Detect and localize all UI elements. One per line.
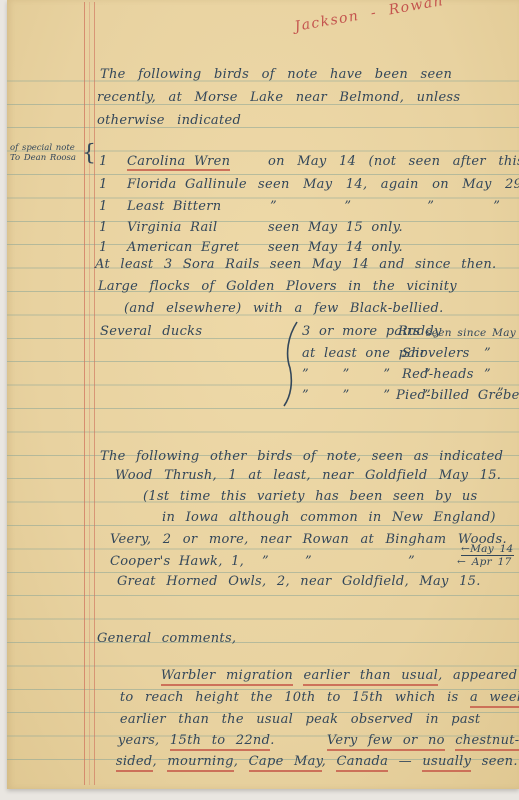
date-note-coopers: ← Apr 17 (457, 557, 512, 568)
intro-line: recently, at Morse Lake near Belmond, un… (97, 91, 460, 104)
bird-note: seen May 14, again on May 29. (258, 178, 519, 191)
duck-name: Red-heads (402, 368, 474, 381)
list-row-count: 1 (99, 155, 108, 168)
intro-line: The following birds of note have been se… (100, 68, 452, 81)
other-birds-line: (1st time this variety has been seen by … (143, 490, 477, 503)
other-birds-line: Great Horned Owls, 2, near Goldfield, Ma… (117, 575, 481, 588)
observation-line: Large flocks of Golden Plovers in the vi… (98, 280, 457, 293)
bird-name: American Egret (127, 241, 239, 254)
list-row-count: 1 (99, 178, 108, 191)
bird-note: seen May 14 only. (268, 241, 403, 254)
ditto-mark: ” (408, 555, 415, 568)
comments-line: sided, mourning, Cape May, Canada — usua… (95, 742, 518, 768)
margin-note: To Dean Roosa (10, 154, 76, 163)
list-row-count: 1 (99, 241, 108, 254)
bird-name: Least Bittern (127, 200, 221, 213)
ditto-mark: ” (484, 368, 491, 381)
other-birds-line: Veery, 2 or more, near Rowan at Bingham … (110, 533, 507, 546)
comment-text: , (153, 754, 168, 769)
margin-note: of special note (10, 144, 75, 153)
other-birds-line: The following other birds of note, seen … (100, 450, 503, 463)
observation-line: Several ducks (100, 325, 202, 338)
ditto-mark: ” (305, 555, 312, 568)
ditto-mark: ” (262, 555, 269, 568)
ditto-mark: ” (484, 347, 491, 360)
other-birds-line: Wood Thrush, 1 at least, near Goldfield … (115, 469, 501, 482)
comments-heading: General comments, (97, 632, 236, 645)
duck-name: Shovelers (402, 347, 470, 360)
margin-line (94, 2, 95, 785)
observation-line: (and elsewhere) with a few Black-bellied… (124, 302, 444, 315)
red-underlined-text: mourning (167, 754, 233, 772)
red-underlined-text: Cape May (249, 754, 322, 772)
list-row-count: 1 (99, 200, 108, 213)
ducks-brace (283, 320, 299, 408)
ditto-marks: ” ” ” ” (270, 200, 500, 213)
margin-brace: { (82, 143, 96, 165)
list-row-count: 1 (99, 221, 108, 234)
ditto-mark: ” (497, 387, 504, 400)
bird-name: Florida Gallinule (127, 178, 247, 191)
comment-text: , (322, 754, 337, 769)
comment-text: seen. (471, 754, 518, 769)
red-underlined-text: Canada (336, 754, 388, 772)
comment-text: — (388, 754, 422, 769)
other-birds-line: in Iowa although common in New England) (162, 511, 496, 524)
comment-text: , (234, 754, 249, 769)
bird-name: Virginia Rail (127, 221, 217, 234)
bird-note: seen May 15 only. (268, 221, 403, 234)
duck-when: seen since May 14 (426, 328, 519, 339)
bird-name: Carolina Wren (127, 155, 230, 171)
other-birds-line: Cooper's Hawk, 1, (110, 555, 244, 568)
bird-note: on May 14 (not seen after this) (268, 155, 519, 168)
date-note-veery: ←May 14 (461, 544, 514, 556)
observation-line: At least 3 Sora Rails seen May 14 and si… (95, 258, 497, 271)
intro-line: otherwise indicated (97, 114, 241, 127)
margin-line (89, 2, 90, 785)
margin-line (84, 2, 85, 785)
red-underlined-text: usually (422, 754, 471, 772)
red-underlined-text: sided (116, 754, 153, 772)
